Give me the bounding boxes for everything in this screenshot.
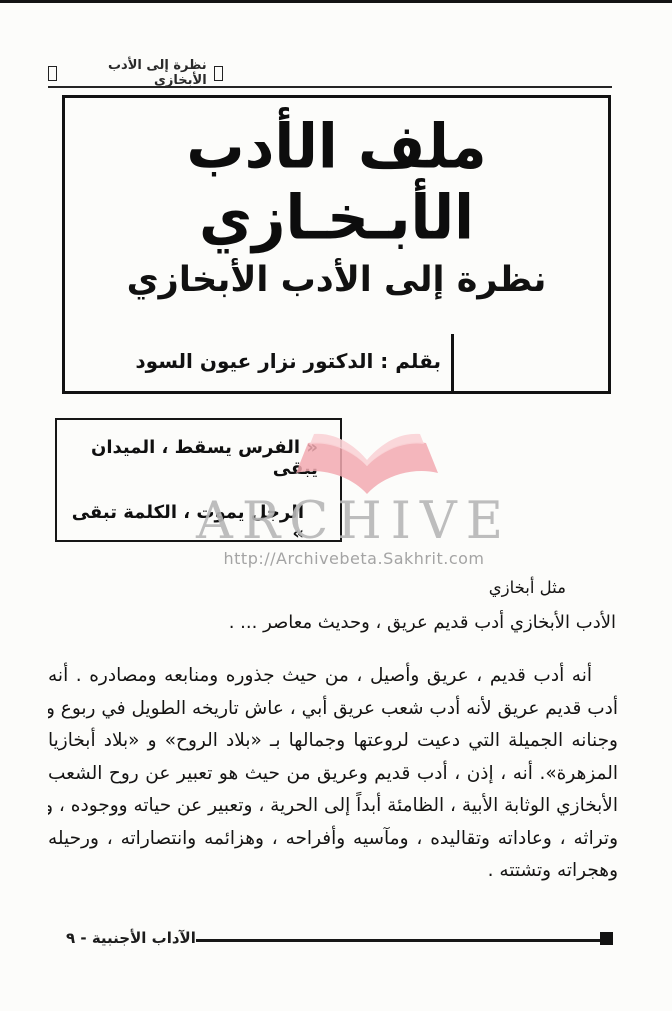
lead-line-intro: الأدب الأبخازي أدب قديم عريق ، وحديث معا… bbox=[48, 612, 618, 633]
lead-line-proverb-label: مثل أبخازي bbox=[48, 578, 618, 597]
footer-journal-name: الآداب الأجنبية - ٩ bbox=[60, 929, 196, 947]
paragraph-line: الأبخازي الوثابة الأبية ، الظامئة أبداً … bbox=[48, 790, 618, 823]
paragraph-line: وجنانه الجميلة التي دعيت لروعتها وجمالها… bbox=[48, 725, 618, 758]
article-body: مثل أبخازي الأدب الأبخازي أدب قديم عريق … bbox=[48, 578, 618, 888]
watermark-url: http://Archivebeta.Sakhrit.com bbox=[168, 549, 540, 568]
quote-line-2: الرجل يموت ، الكلمة تبقى » bbox=[71, 502, 318, 544]
box-icon bbox=[214, 66, 223, 81]
proverb-quote-box: « الفرس يسقط ، الميدان يبقى الرجل يموت ،… bbox=[55, 418, 342, 542]
quote-line-1: « الفرس يسقط ، الميدان يبقى bbox=[71, 437, 318, 479]
running-header: نظرة إلى الأدب الأبخازي bbox=[48, 58, 223, 88]
page-footer: الآداب الأجنبية - ٩ bbox=[60, 926, 612, 950]
paragraph-line: المزهرة». أنه ، إذن ، أدب قديم وعريق من … bbox=[48, 758, 618, 791]
paragraph-line: وتراثه ، وعاداته وتقاليده ، ومآسيه وأفرا… bbox=[48, 823, 618, 856]
subtitle: نظرة إلى الأدب الأبخازي bbox=[65, 260, 608, 300]
footer-end-square bbox=[600, 932, 613, 945]
main-title: ملف الأدب الأبـخـازي bbox=[65, 111, 608, 254]
byline: بقلم : الدكتور نزار عيون السود bbox=[135, 349, 441, 373]
running-header-title: نظرة إلى الأدب الأبخازي bbox=[64, 58, 206, 88]
box-icon bbox=[48, 66, 57, 81]
title-box: ملف الأدب الأبـخـازي نظرة إلى الأدب الأب… bbox=[62, 95, 611, 394]
byline-cell: بقلم : الدكتور نزار عيون السود bbox=[62, 334, 454, 394]
footer-rule bbox=[196, 939, 612, 942]
page-top-rule bbox=[0, 0, 672, 3]
header-rule bbox=[48, 86, 612, 88]
paragraph-line: أدب قديم عريق لأنه أدب شعب عريق أبي ، عا… bbox=[48, 693, 618, 726]
paragraph-line: أنه أدب قديم ، عريق وأصيل ، من حيث جذوره… bbox=[48, 660, 618, 693]
paragraph-line: وهجراته وتشتته . bbox=[48, 855, 618, 888]
paragraph: أنه أدب قديم ، عريق وأصيل ، من حيث جذوره… bbox=[48, 660, 618, 888]
scanned-magazine-page: { "page": { "running_header": { "title":… bbox=[0, 0, 672, 1011]
